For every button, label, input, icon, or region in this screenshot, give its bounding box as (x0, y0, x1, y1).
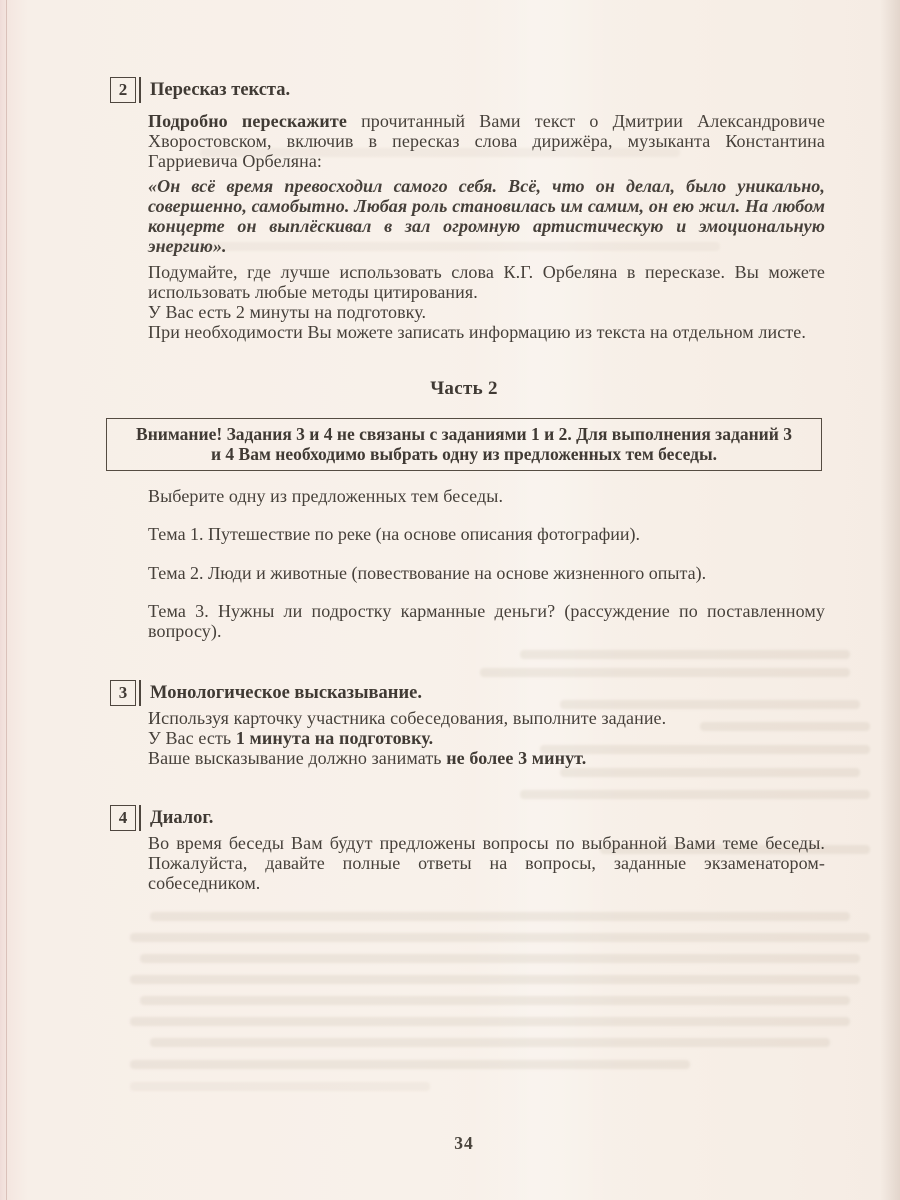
bleed-line (560, 768, 860, 777)
page-left-edge-line (6, 0, 7, 1200)
part-2-heading: Часть 2 (106, 378, 822, 400)
task-3-line-duration-pre: Ваше высказывание должно занимать (148, 748, 446, 768)
task-2-note-time: У Вас есть 2 минуты на подготовку. (148, 302, 825, 322)
task-3-title: Монологическое высказывание. (150, 683, 422, 704)
choose-theme-line: Выберите одну из предложенных тем беседы… (148, 486, 825, 506)
bleed-line (520, 790, 870, 799)
task-4-number-tick (139, 805, 141, 831)
bleed-line (140, 996, 850, 1005)
task-3-header: 3 Монологическое высказывание. (110, 680, 422, 706)
task-3-line-time-pre: У Вас есть (148, 728, 236, 748)
task-4-paragraph: Во время беседы Вам будут предложены воп… (148, 833, 825, 893)
task-3-number-tick (139, 680, 141, 706)
page-number: 34 (106, 1133, 822, 1154)
task-4-header: 4 Диалог. (110, 805, 213, 831)
task-2-note-sheet: При необходимости Вы можете записать инф… (148, 322, 825, 342)
theme-2: Тема 2. Люди и животные (повествование н… (148, 563, 825, 583)
task-2-instruction: Подробно перескажите прочитанный Вами те… (148, 111, 825, 171)
task-3-line-duration-bold: не более 3 минут. (446, 748, 586, 768)
task-2-instruction-bold: Подробно перескажите (148, 111, 347, 131)
bleed-line (140, 954, 860, 963)
bleed-line (130, 1017, 850, 1026)
task-2-title: Пересказ текста. (150, 80, 290, 101)
theme-3: Тема 3. Нужны ли подростку карманные ден… (148, 601, 825, 641)
task-3-number-box: 3 (110, 680, 136, 706)
task-3-line-duration: Ваше высказывание должно занимать не бол… (148, 748, 825, 768)
task-3-number: 3 (119, 683, 128, 703)
task-2-number-tick (139, 77, 141, 103)
attention-box: Внимание! Задания 3 и 4 не связаны с зад… (106, 418, 822, 471)
bleed-line (150, 1038, 830, 1047)
task-3-line-card: Используя карточку участника собеседован… (148, 708, 825, 728)
bleed-line (130, 1060, 690, 1069)
bleed-line (150, 912, 850, 921)
page-right-edge-shadow (880, 0, 900, 1200)
task-2-quote: «Он всё время превосходил самого себя. В… (148, 176, 825, 256)
task-3-notes: Используя карточку участника собеседован… (148, 708, 825, 768)
task-3-line-time-bold: 1 минута на подготовку. (236, 728, 433, 748)
bleed-line (130, 975, 860, 984)
bleed-line (130, 933, 870, 942)
bleed-line (520, 650, 850, 659)
task-4-number: 4 (119, 808, 128, 828)
bleed-line (130, 1082, 430, 1091)
task-2-number-box: 2 (110, 77, 136, 103)
task-4-number-box: 4 (110, 805, 136, 831)
task-2-header: 2 Пересказ текста. (110, 77, 290, 103)
bleed-line (480, 668, 850, 677)
task-2-note-citation: Подумайте, где лучше использовать слова … (148, 262, 825, 302)
task-4-title: Диалог. (150, 808, 213, 829)
task-3-line-time: У Вас есть 1 минута на подготовку. (148, 728, 825, 748)
theme-1: Тема 1. Путешествие по реке (на основе о… (148, 524, 825, 544)
task-2-number: 2 (119, 80, 128, 100)
task-2-notes: Подумайте, где лучше использовать слова … (148, 262, 825, 342)
